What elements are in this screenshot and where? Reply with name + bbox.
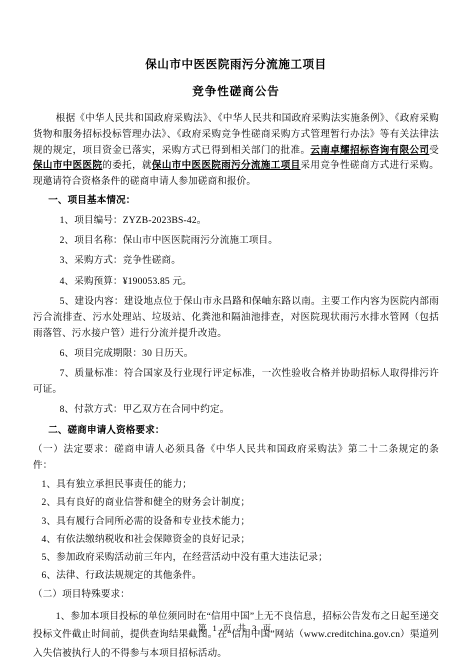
construction-content-item: 5、建设内容：建设地点位于保山市永昌路和保岫东路以南。主要工作内容为医院内部雨污…: [33, 295, 439, 342]
project-name: 保山市中医医院雨污分流施工项目: [152, 161, 301, 171]
legal-requirement-item: 5、参加政府采购活动前三年内，在经营活动中没有重大违法记录；: [33, 551, 439, 567]
intro-mid1-text: 受: [429, 146, 439, 156]
completion-period-item: 6、项目完成期限：30 日历天。: [33, 347, 439, 363]
document-title: 保山市中医医院雨污分流施工项目: [33, 58, 439, 72]
procurement-method-item: 3、采购方式：竞争性磋商。: [33, 254, 439, 270]
intro-mid2-text: 的委托，就: [102, 161, 152, 171]
special-requirements-heading: （二）项目特殊要求：: [33, 588, 439, 604]
project-number-item: 1、项目编号：ZYZB-2023BS-42。: [33, 214, 439, 230]
document-subtitle: 竞争性磋商公告: [33, 85, 439, 99]
legal-requirement-item: 2、具有良好的商业信誉和健全的财务会计制度；: [33, 496, 439, 512]
legal-requirement-item: 6、法律、行政法规规定的其他条件。: [33, 569, 439, 585]
document-page: 保山市中医医院雨污分流施工项目 竞争性磋商公告 根据《中华人民共和国政府采购法》…: [0, 0, 471, 670]
budget-item: 4、采购预算：¥190053.85 元。: [33, 275, 439, 291]
payment-method-item: 8、付款方式：甲乙双方在合同中约定。: [33, 403, 439, 419]
legal-requirement-item: 4、有依法缴纳税收和社会保障资金的良好记录；: [33, 533, 439, 549]
section1-heading: 一、项目基本情况：: [33, 194, 439, 210]
section2-heading: 二、磋商申请人资格要求：: [33, 424, 439, 440]
purchaser-name: 保山市中医医院: [33, 161, 102, 171]
special-requirement-paragraph: 1、参加本项目投标的单位须同时在“信用中国”上无不良信息，招标公告发布之日起至递…: [33, 608, 439, 664]
legal-requirement-item: 1、具有独立承担民事责任的能力；: [33, 478, 439, 494]
agency-name: 云南卓耀招标咨询有限公司: [310, 146, 429, 156]
project-name-item: 2、项目名称：保山市中医医院雨污分流施工项目。: [33, 234, 439, 250]
quality-standard-item: 7、质量标准：符合国家及行业现行评定标准，一次性验收合格并协助招标人取得排污许可…: [33, 367, 439, 399]
page-number-footer: 第 1 页 共 3 页: [0, 622, 471, 634]
legal-requirement-item: 3、具有履行合同所必需的设备和专业技术能力；: [33, 515, 439, 531]
intro-paragraph: 根据《中华人民共和国政府采购法》、《中华人民共和国政府采购法实施条例》、《政府采…: [33, 112, 439, 191]
legal-requirements-heading: （一）法定要求：磋商申请人必须具备《中华人民共和国政府采购法》第二十二条规定的条…: [33, 443, 439, 475]
